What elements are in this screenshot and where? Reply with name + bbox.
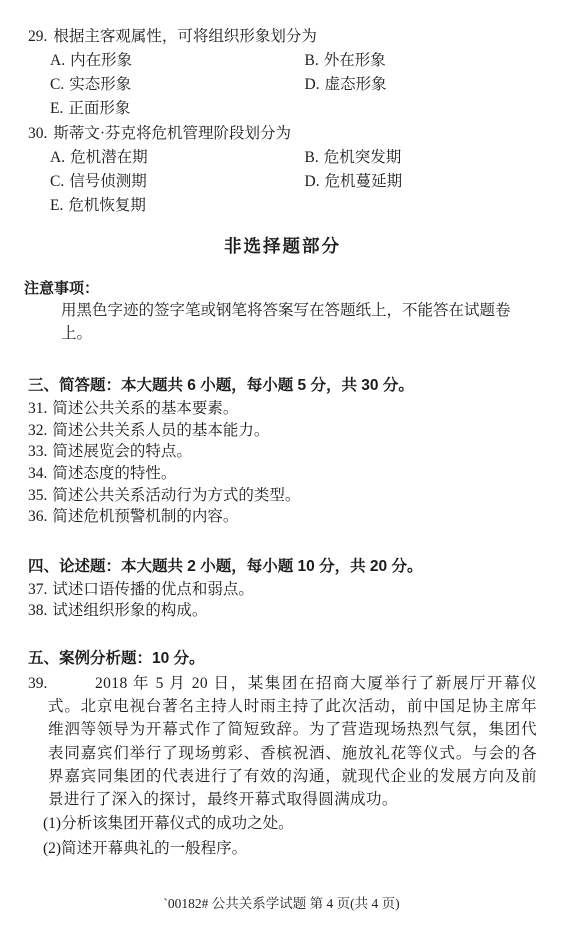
option-label: D.	[305, 76, 320, 93]
question-text: 试述口语传播的优点和弱点。	[52, 581, 254, 598]
option-row: E.正面形象	[28, 97, 537, 121]
option-d: D.虚态形象	[305, 73, 538, 97]
question-32: 32.简述公共关系人员的基本能力。	[28, 420, 537, 442]
option-text: 危机突发期	[324, 149, 402, 166]
option-text: 内在形象	[70, 52, 132, 69]
question-stem: 30.斯蒂文·芬克将危机管理阶段划分为	[28, 122, 537, 146]
question-stem-text: 根据主客观属性，可将组织形象划分为	[53, 28, 317, 45]
case-body: 2018 年 5 月 20 日，某集团在招商大厦举行了新展厅开幕仪式。北京电视台…	[48, 672, 537, 811]
question-33: 33.简述展览会的特点。	[28, 441, 537, 463]
option-b: B.外在形象	[305, 49, 538, 73]
option-d: D.危机蔓延期	[305, 170, 538, 194]
option-row: C.实态形象 D.虚态形象	[28, 73, 537, 97]
part-header: 非选择题部分	[28, 233, 537, 258]
page-footer: `00182# 公共关系学试题 第 4 页(共 4 页)	[0, 892, 563, 912]
question-number: 33.	[28, 443, 47, 460]
question-number: 31.	[28, 400, 47, 417]
question-text: 简述公共关系人员的基本能力。	[52, 422, 269, 439]
option-text: 虚态形象	[325, 76, 387, 93]
exam-paper-page: 29.根据主客观属性，可将组织形象划分为 A.内在形象 B.外在形象 C.实态形…	[0, 0, 563, 929]
option-text: 信号侦测期	[69, 173, 147, 190]
option-label: B.	[305, 52, 319, 69]
notice-title: 注意事项：	[24, 277, 537, 298]
option-label: E.	[50, 197, 63, 214]
notice-body: 用黑色字迹的签字笔或钢笔将答案写在答题纸上，不能答在试题卷上。	[61, 299, 537, 345]
question-34: 34.简述态度的特性。	[28, 463, 537, 485]
question-text: 简述展览会的特点。	[52, 443, 192, 460]
question-text: 简述公共关系的基本要素。	[52, 400, 238, 417]
question-number: 37.	[28, 581, 47, 598]
question-stem: 29.根据主客观属性，可将组织形象划分为	[28, 25, 537, 49]
question-number: 35.	[28, 487, 47, 504]
option-label: B.	[305, 149, 319, 166]
question-37: 37.试述口语传播的优点和弱点。	[28, 579, 537, 601]
question-29: 29.根据主客观属性，可将组织形象划分为 A.内在形象 B.外在形象 C.实态形…	[28, 25, 537, 122]
question-38: 38.试述组织形象的构成。	[28, 600, 537, 622]
option-label: C.	[50, 76, 64, 93]
option-text: 外在形象	[324, 52, 386, 69]
sub-question-1: (1)分析该集团开幕仪式的成功之处。	[43, 811, 537, 836]
question-text: 试述组织形象的构成。	[52, 602, 207, 619]
option-text: 危机蔓延期	[325, 173, 403, 190]
option-label: A.	[50, 52, 65, 69]
sub-question-2: (2)简述开幕典礼的一般程序。	[43, 836, 537, 861]
question-number: 36.	[28, 508, 47, 525]
question-text: 简述公共关系活动行为方式的类型。	[52, 487, 300, 504]
question-number: 39.	[28, 672, 47, 695]
option-a: A.内在形象	[50, 49, 283, 73]
section-heading-short-answer: 三、简答题：本大题共 6 小题，每小题 5 分，共 30 分。	[28, 374, 537, 398]
option-label: C.	[50, 173, 64, 190]
question-text: 简述危机预警机制的内容。	[52, 508, 238, 525]
option-text: 危机潜在期	[70, 149, 148, 166]
option-label: D.	[305, 173, 320, 190]
option-text: 正面形象	[68, 100, 130, 117]
option-row: A.危机潜在期 B.危机突发期	[28, 146, 537, 170]
option-b: B.危机突发期	[305, 146, 538, 170]
question-35: 35.简述公共关系活动行为方式的类型。	[28, 485, 537, 507]
question-39: 39. 2018 年 5 月 20 日，某集团在招商大厦举行了新展厅开幕仪式。北…	[28, 672, 537, 861]
option-e: E.危机恢复期	[50, 194, 296, 218]
question-30: 30.斯蒂文·芬克将危机管理阶段划分为 A.危机潜在期 B.危机突发期 C.信号…	[28, 122, 537, 219]
section-heading-case-analysis: 五、案例分析题：10 分。	[28, 647, 537, 671]
option-label: A.	[50, 149, 65, 166]
option-row: C.信号侦测期 D.危机蔓延期	[28, 170, 537, 194]
question-31: 31.简述公共关系的基本要素。	[28, 398, 537, 420]
option-text: 实态形象	[69, 76, 131, 93]
option-c: C.信号侦测期	[50, 170, 283, 194]
question-number: 34.	[28, 465, 47, 482]
question-number: 32.	[28, 422, 47, 439]
option-row: E.危机恢复期	[28, 194, 537, 218]
question-number: 29.	[28, 28, 47, 45]
question-36: 36.简述危机预警机制的内容。	[28, 506, 537, 528]
option-label: E.	[50, 100, 63, 117]
option-c: C.实态形象	[50, 73, 283, 97]
question-number: 38.	[28, 602, 47, 619]
question-text: 简述态度的特性。	[52, 465, 176, 482]
option-row: A.内在形象 B.外在形象	[28, 49, 537, 73]
question-stem-text: 斯蒂文·芬克将危机管理阶段划分为	[53, 125, 291, 142]
option-text: 危机恢复期	[68, 197, 146, 214]
option-a: A.危机潜在期	[50, 146, 283, 170]
section-heading-essay: 四、论述题：本大题共 2 小题，每小题 10 分，共 20 分。	[28, 555, 537, 579]
question-number: 30.	[28, 125, 47, 142]
option-e: E.正面形象	[50, 97, 296, 121]
